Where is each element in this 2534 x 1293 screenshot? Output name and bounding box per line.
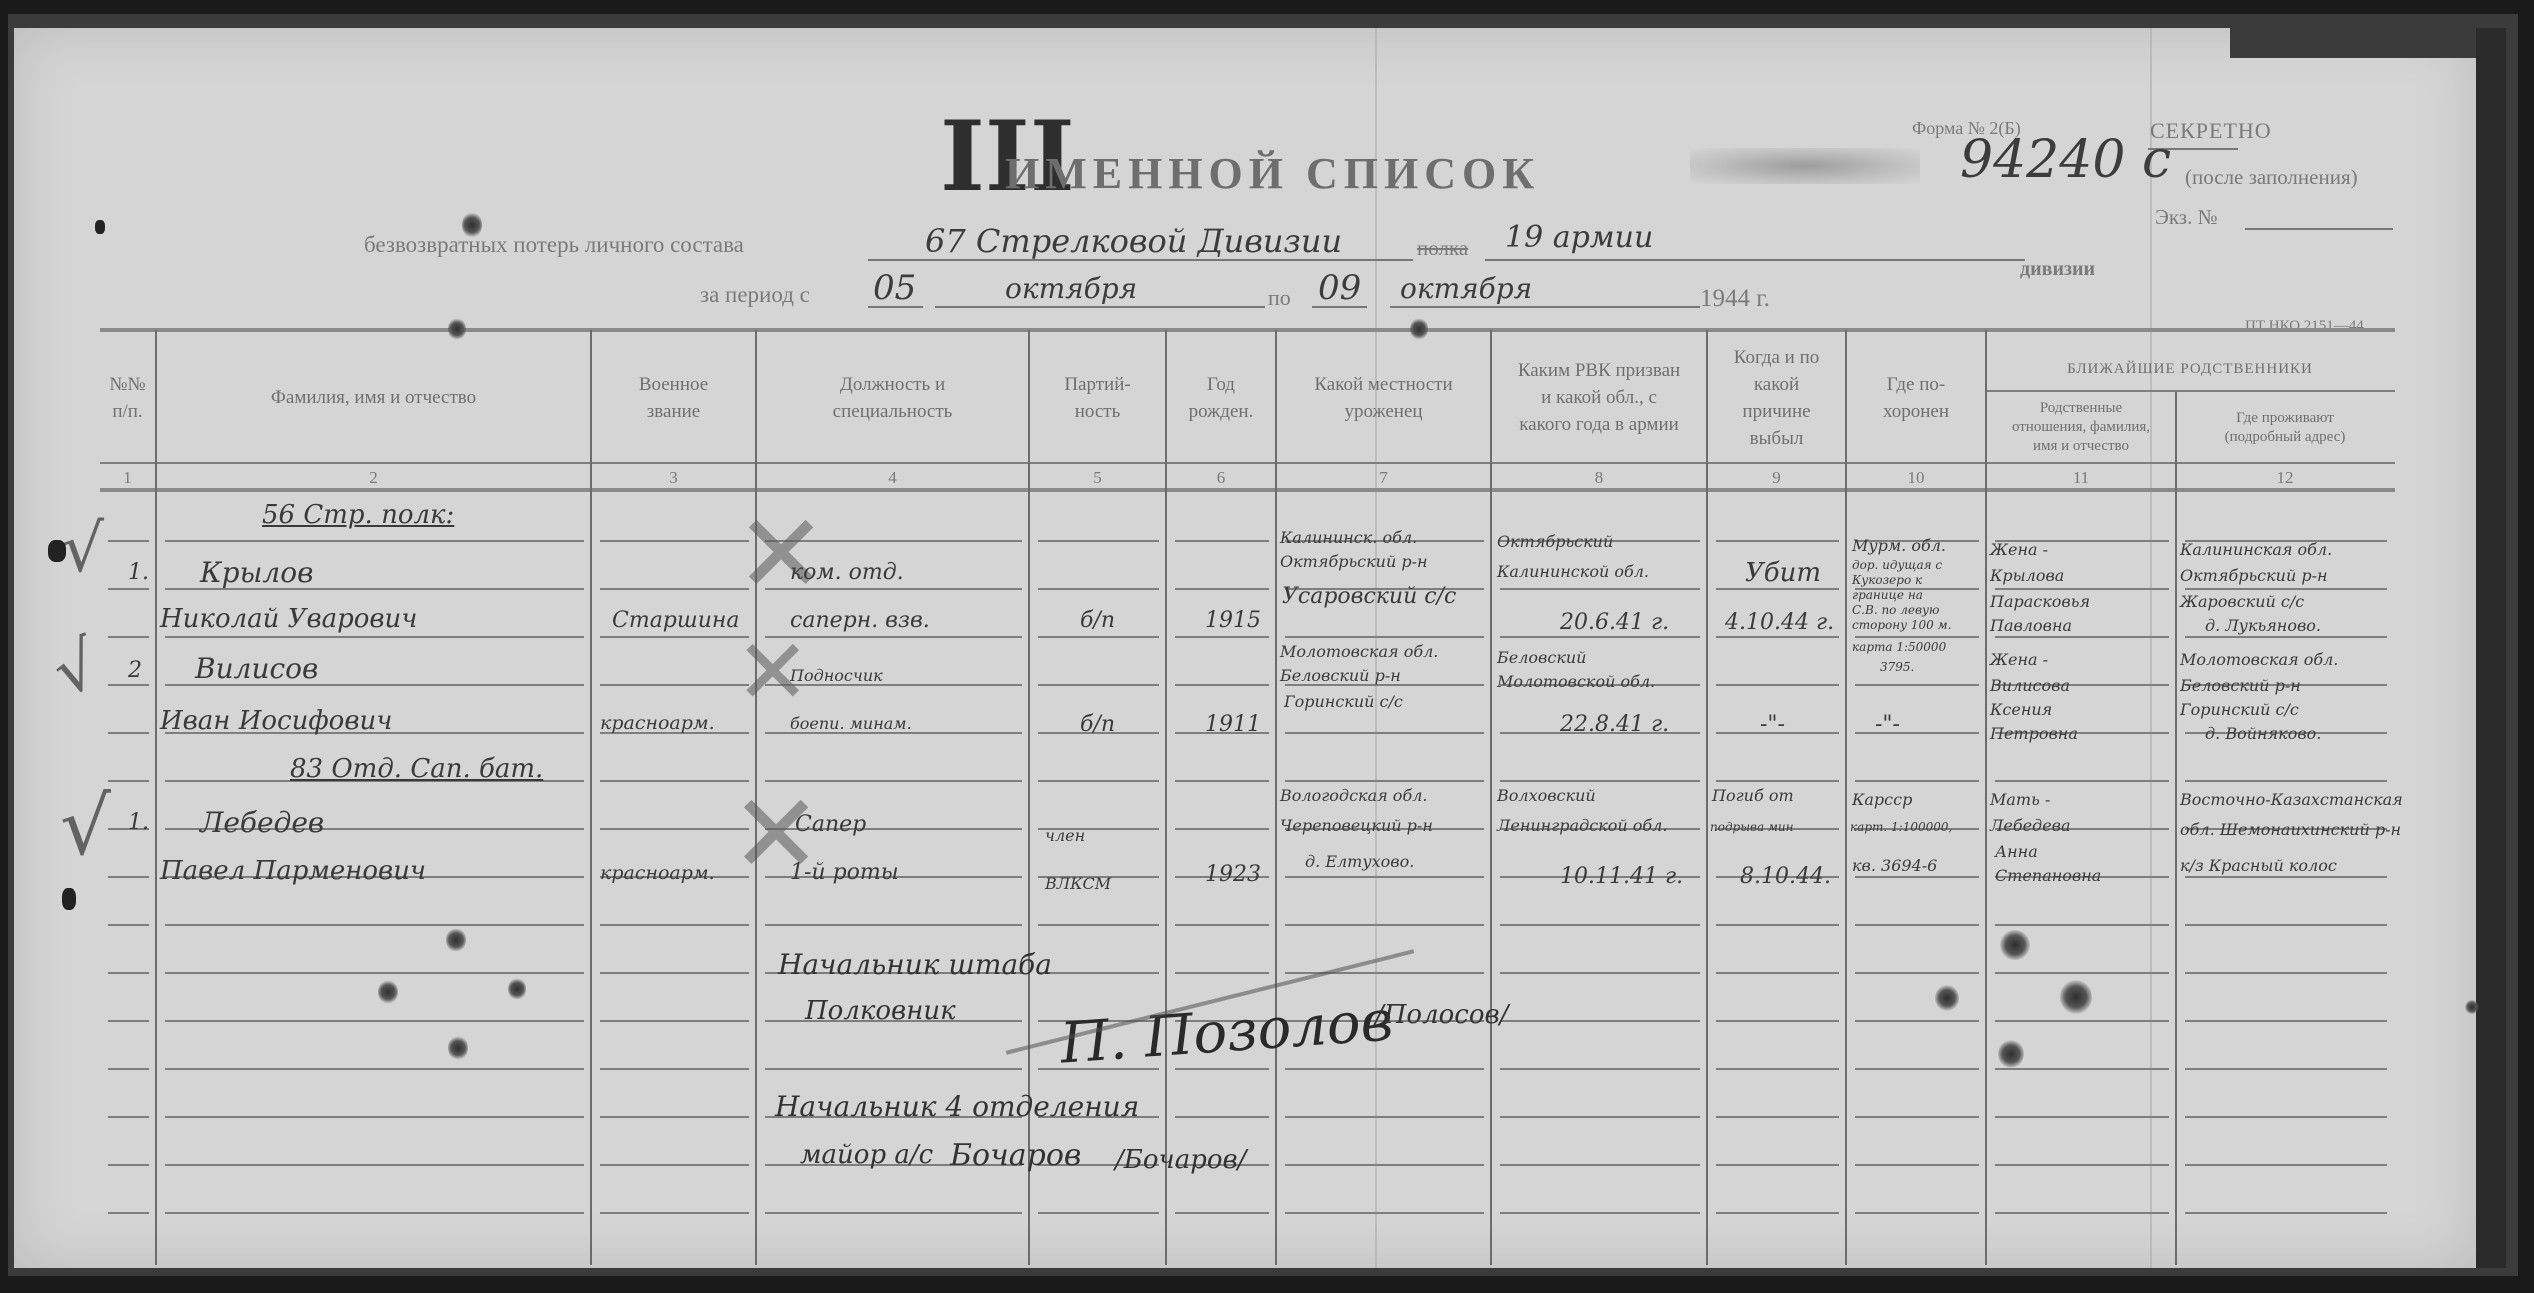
subtitle-prefix: безвозвратных потерь личного состава [364, 232, 744, 258]
row-rule [1716, 1068, 1839, 1070]
row-rule [1038, 780, 1159, 782]
stain-dot [462, 212, 482, 238]
birth-year: 1915 [1205, 608, 1261, 633]
regiment-label: полка [1417, 236, 1468, 261]
army-line [1485, 259, 2025, 261]
stain-dot [2000, 930, 2030, 960]
period-from-day: 05 [873, 268, 916, 308]
position-line-1: ком. отд. [790, 560, 904, 585]
row-rule [600, 1068, 749, 1070]
header-col-8: Каким РВК призван и какой обл., с какого… [1492, 335, 1706, 460]
relative-line: Лебедева [1990, 816, 2071, 835]
copy-number-label: Экз. № [2155, 205, 2218, 230]
dept-chief-rank: майор а/с [800, 1140, 933, 1170]
year-label: 1944 г. [1700, 285, 1770, 313]
relative-line: Степановна [1995, 866, 2101, 885]
given-names: Павел Парменович [160, 856, 426, 886]
row-rule [108, 780, 149, 782]
buried-line: карт. 1:100000, [1850, 820, 1952, 834]
row-rule [1175, 780, 1269, 782]
rvk-line: Ленинградской обл. [1497, 816, 1667, 835]
army-handwritten: 19 армии [1505, 220, 1653, 255]
division-label: дивизии [2020, 258, 2095, 281]
col-number: 9 [1708, 468, 1845, 492]
row-rule [1285, 1164, 1484, 1166]
dept-chief-name: /Бочаров/ [1115, 1145, 1246, 1175]
row-rule [108, 876, 149, 878]
row-rule [2185, 780, 2387, 782]
row-rule [600, 780, 749, 782]
origin-line: Горинский с/с [1284, 692, 1403, 711]
surname: Вилисов [195, 652, 318, 685]
address-line: д. Лукьяново. [2205, 616, 2321, 635]
row-rule [1855, 636, 1979, 638]
given-names: Иван Иосифович [160, 706, 392, 736]
row-rule [1716, 636, 1839, 638]
relative-line: Мать - [1990, 790, 2050, 809]
row-rule [1995, 924, 2169, 926]
stain-dot [1410, 318, 1428, 340]
col-number: 11 [1987, 468, 2175, 492]
row-rule [1175, 828, 1269, 830]
row-rule [1175, 1212, 1269, 1214]
col-number: 3 [592, 468, 755, 492]
address-line: обл. Шемонаихинский р-н [2180, 820, 2401, 839]
stain-dot [1998, 1040, 2024, 1068]
chief-of-staff-rank: Полковник [805, 996, 956, 1026]
stain-dot [508, 978, 526, 1000]
row-rule [600, 1116, 749, 1118]
paper-edge-shadow [2476, 28, 2506, 1268]
party: б/п [1080, 712, 1115, 737]
buried-line: -"- [1875, 712, 1900, 737]
period-to-label: по [1268, 285, 1291, 311]
header-col-10: Где по-хоронен [1847, 335, 1985, 460]
row-rule [1038, 684, 1159, 686]
col-number: 10 [1847, 468, 1985, 492]
row-rule [108, 1164, 149, 1166]
buried-line: Карсср [1852, 790, 1912, 809]
row-rule [1855, 924, 1979, 926]
row-rule [165, 924, 584, 926]
col-number: 4 [757, 468, 1028, 492]
col-number: 2 [157, 468, 590, 492]
page-title: ИМЕННОЙ СПИСОК [1005, 148, 1540, 199]
torn-corner [2230, 28, 2476, 58]
row-rule [165, 1164, 584, 1166]
address-line: Горинский с/с [2180, 700, 2299, 719]
row-rule [1500, 924, 1700, 926]
origin-line: Вологодская обл. [1280, 786, 1427, 805]
period-to-day: 09 [1318, 268, 1361, 308]
to-month-line [1390, 306, 1700, 308]
stain-dot [2465, 1000, 2479, 1014]
party: б/п [1080, 608, 1115, 633]
header-col-5: Партий-ность [1030, 335, 1165, 460]
birth-year: 1923 [1205, 862, 1261, 887]
row-number: 1. [128, 560, 149, 585]
when-why-line: 4.10.44 г. [1725, 610, 1834, 635]
relative-line: Парасковья [1990, 592, 2090, 611]
unit-heading: 83 Отд. Сап. бат. [290, 754, 543, 784]
row-rule [1500, 1116, 1700, 1118]
address-line: Молотовская обл. [2180, 650, 2338, 669]
row-rule [1855, 876, 1979, 878]
origin-line: Усаровский с/с [1282, 584, 1456, 609]
when-why-line: Убит [1745, 558, 1821, 588]
row-rule [1716, 540, 1839, 542]
buried-line: границе на [1852, 588, 1923, 602]
row-rule [1716, 972, 1839, 974]
row-rule [600, 924, 749, 926]
col-number: 6 [1167, 468, 1275, 492]
row-rule [108, 1068, 149, 1070]
header-relatives-group: БЛИЖАЙШИЕ РОДСТВЕННИКИ [1987, 352, 2393, 386]
origin-line: Октябрьский р-н [1280, 552, 1428, 571]
row-rule [1175, 636, 1269, 638]
relative-line: Анна [1995, 842, 2038, 861]
buried-line: С.В. по левую [1852, 603, 1939, 617]
relative-line: Крылова [1990, 566, 2064, 585]
row-rule [1285, 1116, 1484, 1118]
row-rule [1855, 972, 1979, 974]
buried-line: сторону 100 м. [1852, 618, 1951, 632]
relative-line: Павловна [1990, 616, 2072, 635]
row-rule [1500, 1212, 1700, 1214]
origin-line: Молотовская обл. [1280, 642, 1438, 661]
row-rule [165, 1116, 584, 1118]
row-rule [1500, 588, 1700, 590]
row-rule [1038, 972, 1159, 974]
when-why-line: Погиб от [1712, 786, 1794, 805]
address-line: Беловский р-н [2180, 676, 2301, 695]
row-rule [2185, 876, 2387, 878]
row-rule [1285, 1068, 1484, 1070]
given-names: Николай Уварович [160, 604, 417, 634]
row-rule [600, 588, 749, 590]
row-rule [1995, 588, 2169, 590]
header-col-11: Родственные отношения, фамилия, имя и от… [1987, 395, 2175, 460]
row-rule [1285, 636, 1484, 638]
row-rule [1175, 1068, 1269, 1070]
col-number: 7 [1277, 468, 1490, 492]
period-to-month: октября [1400, 272, 1532, 305]
row-rule [2185, 924, 2387, 926]
row-rule [1500, 1068, 1700, 1070]
table-top-rule [100, 328, 2395, 332]
from-month-line [935, 306, 1265, 308]
row-rule [1995, 780, 2169, 782]
row-rule [600, 828, 749, 830]
row-rule [1995, 972, 2169, 974]
checkmark-icon: √ [62, 510, 104, 587]
address-line: Восточно-Казахстанская [2180, 790, 2403, 809]
row-rule [165, 1068, 584, 1070]
rvk-line: Октябрьский [1497, 532, 1613, 551]
row-rule [1175, 684, 1269, 686]
row-rule [1716, 1116, 1839, 1118]
registration-number: 94240 с [1960, 130, 2171, 190]
rvk-line: Молотовской обл. [1497, 672, 1655, 691]
rvk-line: Волховский [1497, 786, 1596, 805]
header-col-4: Должность и специальность [757, 335, 1028, 460]
row-rule [2185, 588, 2387, 590]
row-rule [108, 636, 149, 638]
col-number: 8 [1492, 468, 1706, 492]
buried-line: карта 1:50000 [1852, 640, 1946, 654]
rvk-line: 22.8.41 г. [1560, 712, 1669, 737]
surname: Лебедев [200, 806, 324, 839]
relatives-group-rule [1985, 390, 2395, 392]
row-rule [1500, 780, 1700, 782]
row-rule [108, 540, 149, 542]
row-rule [1175, 588, 1269, 590]
paper-hole [62, 888, 76, 910]
address-line: Жаровский с/с [2180, 592, 2304, 611]
party: член ВЛКСМ [1045, 812, 1155, 908]
buried-line: кв. 3694-6 [1852, 856, 1937, 875]
row-rule [1995, 1020, 2169, 1022]
row-rule [165, 636, 584, 638]
paper-hole [95, 220, 105, 234]
column-number-rule [100, 462, 2395, 464]
buried-line: 3795. [1880, 660, 1914, 674]
position-line-1: Подносчик [790, 666, 883, 685]
row-rule [2185, 1164, 2387, 1166]
document-paper [14, 28, 2476, 1268]
position-line-2: саперн. взв. [790, 608, 930, 633]
paper-fold-crease [2150, 28, 2152, 1268]
row-rule [1038, 636, 1159, 638]
row-rule [2185, 972, 2387, 974]
rank: Старшина [612, 608, 740, 633]
row-rule [600, 1020, 749, 1022]
paper-hole [48, 540, 66, 562]
row-rule [1175, 972, 1269, 974]
faded-stamp [1690, 148, 1920, 184]
period-from-month: октября [1005, 272, 1137, 305]
row-rule [165, 1212, 584, 1214]
stain-dot [378, 980, 398, 1004]
row-number: 2 [128, 658, 142, 683]
position-line-2: 1-й роты [790, 860, 899, 885]
when-why-line: 8.10.44. [1740, 864, 1831, 889]
row-rule [1038, 588, 1159, 590]
address-line: д. Войняково. [2205, 724, 2321, 743]
row-number: 1. [128, 810, 149, 835]
row-rule [1995, 636, 2169, 638]
row-rule [765, 1212, 1022, 1214]
row-rule [600, 1212, 749, 1214]
row-rule [1995, 1068, 2169, 1070]
row-rule [765, 1068, 1022, 1070]
when-why-line: подрыва мин [1710, 820, 1794, 834]
row-rule [1285, 732, 1484, 734]
position-line-2: боепи. минам. [790, 714, 912, 733]
stain-dot [448, 1036, 468, 1060]
row-rule [1038, 924, 1159, 926]
header-col-9: Когда и по какой причине выбыл [1708, 335, 1845, 460]
row-rule [108, 684, 149, 686]
buried-line: Кукозеро к [1852, 573, 1922, 587]
row-rule [108, 1020, 149, 1022]
after-fill-label: (после заполнения) [2185, 165, 2358, 190]
origin-line: Беловский р-н [1280, 666, 1401, 685]
row-rule [1855, 1020, 1979, 1022]
row-rule [1855, 1212, 1979, 1214]
row-rule [600, 684, 749, 686]
dept-chief-title: Начальник 4 отделения [775, 1090, 1139, 1123]
stain-dot [1935, 985, 1959, 1011]
row-rule [600, 1164, 749, 1166]
row-rule [108, 1116, 149, 1118]
rvk-line: 10.11.41 г. [1560, 864, 1683, 889]
relative-line: Жена - [1990, 540, 2048, 559]
header-col-12: Где проживают (подробный адрес) [2177, 395, 2393, 460]
rvk-line: Беловский [1497, 648, 1586, 667]
row-rule [2185, 636, 2387, 638]
buried-line: Мурм. обл. [1852, 536, 1946, 555]
relative-line: Ксения [1990, 700, 2052, 719]
checkmark-icon: √ [60, 780, 111, 873]
when-why-line: -"- [1760, 712, 1785, 737]
header-col-1: №№ п/п. [100, 335, 155, 460]
row-rule [108, 924, 149, 926]
address-line: Калининская обл. [2180, 540, 2332, 559]
row-rule [1855, 1116, 1979, 1118]
col-number: 1 [100, 468, 155, 492]
origin-line: Калининск. обл. [1280, 528, 1417, 547]
stain-dot [448, 318, 466, 340]
relative-line: Петровна [1990, 724, 2078, 743]
row-rule [1285, 924, 1484, 926]
rvk-line: Калининской обл. [1497, 562, 1649, 581]
row-rule [1995, 1212, 2169, 1214]
row-rule [1995, 1116, 2169, 1118]
row-rule [600, 636, 749, 638]
surname: Крылов [200, 556, 313, 589]
row-rule [1500, 972, 1700, 974]
row-rule [1716, 780, 1839, 782]
relative-line: Вилисова [1990, 676, 2070, 695]
row-rule [1855, 684, 1979, 686]
chief-of-staff-name: /Полосов/ [1375, 1000, 1508, 1030]
row-rule [1716, 1020, 1839, 1022]
origin-line: д. Елтухово. [1305, 852, 1414, 871]
row-rule [1995, 1164, 2169, 1166]
row-rule [600, 972, 749, 974]
origin-line: Череповецкий р-н [1280, 816, 1433, 835]
row-rule [1855, 780, 1979, 782]
row-rule [765, 924, 1022, 926]
header-col-2: Фамилия, имя и отчество [157, 335, 590, 460]
position-line-1: Сапер [795, 812, 866, 837]
row-rule [108, 732, 149, 734]
header-col-6: Год рожден. [1167, 335, 1275, 460]
row-rule [1285, 876, 1484, 878]
row-rule [165, 1020, 584, 1022]
chief-of-staff-title: Начальник штаба [778, 948, 1052, 981]
row-rule [1855, 1164, 1979, 1166]
row-rule [1175, 540, 1269, 542]
stain-dot [2060, 980, 2092, 1014]
copy-number-line [2245, 228, 2393, 230]
col-number: 5 [1030, 468, 1165, 492]
cross-mark-icon: ✕ [735, 490, 827, 618]
row-rule [1175, 924, 1269, 926]
row-rule [2185, 1068, 2387, 1070]
print-code: ПТ НКО 2151—44 [2245, 318, 2364, 335]
col-number: 12 [2177, 468, 2393, 492]
relative-line: Жена - [1990, 650, 2048, 669]
row-rule [2185, 1212, 2387, 1214]
row-rule [1500, 1164, 1700, 1166]
row-rule [1175, 1116, 1269, 1118]
row-rule [2185, 1020, 2387, 1022]
row-rule [1716, 924, 1839, 926]
row-rule [1716, 684, 1839, 686]
row-rule [2185, 1116, 2387, 1118]
unit-handwritten: 67 Стрелковой Дивизии [925, 222, 1342, 260]
row-rule [1716, 588, 1839, 590]
row-rule [1285, 1212, 1484, 1214]
rank: красноарм. [600, 712, 715, 734]
row-rule [1500, 1020, 1700, 1022]
dept-chief-signature: Бочаров [950, 1138, 1081, 1173]
row-rule [1038, 540, 1159, 542]
rank: красноарм. [600, 862, 715, 884]
buried-line: дор. идущая с [1852, 558, 1942, 572]
row-rule [108, 588, 149, 590]
row-rule [1038, 1212, 1159, 1214]
unit-heading: 56 Стр. полк: [262, 500, 454, 530]
address-line: к/з Красный колос [2180, 856, 2337, 875]
birth-year: 1911 [1205, 712, 1261, 737]
row-rule [165, 972, 584, 974]
row-rule [1716, 1212, 1839, 1214]
header-col-7: Какой местности уроженец [1277, 335, 1490, 460]
row-rule [600, 540, 749, 542]
address-line: Октябрьский р-н [2180, 566, 2328, 585]
stain-dot [446, 928, 466, 952]
header-col-3: Военное звание [592, 335, 755, 460]
row-rule [1716, 1164, 1839, 1166]
row-rule [1500, 636, 1700, 638]
row-rule [1285, 780, 1484, 782]
rvk-line: 20.6.41 г. [1560, 610, 1669, 635]
period-prefix: за период с [700, 282, 810, 308]
row-rule [1855, 732, 1979, 734]
row-rule [108, 972, 149, 974]
column-divider [2175, 392, 2177, 1265]
row-rule [1855, 1068, 1979, 1070]
row-rule [108, 1212, 149, 1214]
row-rule [165, 540, 584, 542]
